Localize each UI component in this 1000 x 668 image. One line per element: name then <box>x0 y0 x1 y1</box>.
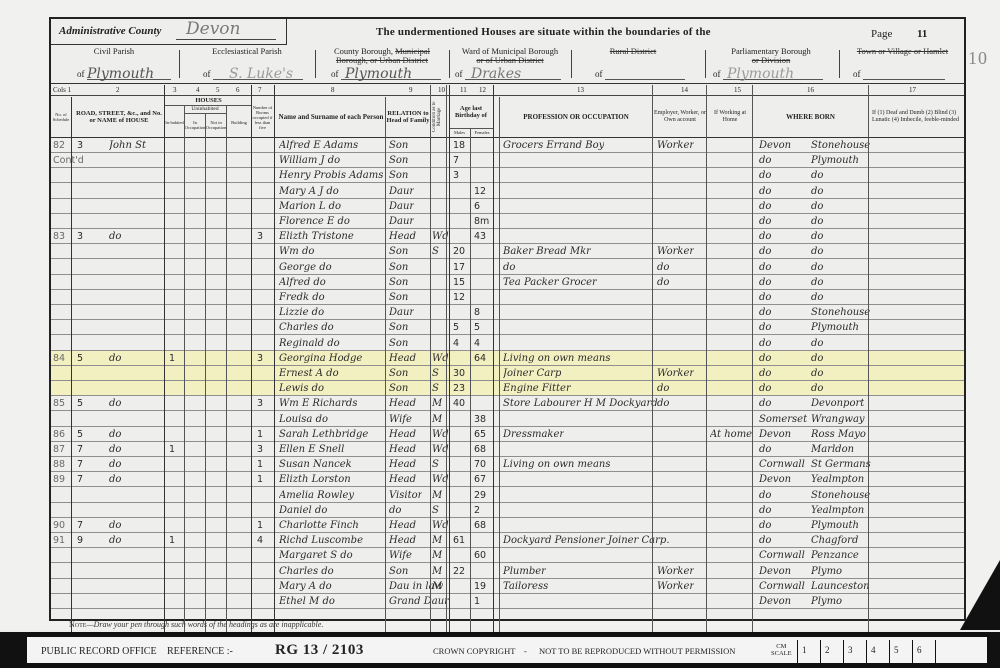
cell-road: do <box>109 396 121 411</box>
cell-born-b: Wrangway <box>811 412 865 427</box>
cell-born-b: do <box>811 351 823 366</box>
cm-label: CM <box>776 643 786 650</box>
cell-born-a: do <box>759 533 771 548</box>
scale-cell <box>935 640 995 664</box>
cell-male: 61 <box>453 533 465 548</box>
cell-female: 64 <box>474 351 486 366</box>
cell-cond: M <box>432 396 442 411</box>
colhead-born: WHERE BORN <box>753 97 868 137</box>
col-divider <box>430 85 431 640</box>
cell-relation: Son <box>389 336 408 351</box>
cell-male: 12 <box>453 290 465 305</box>
table-row: Ethel M doGrand Daur1DevonPlymo <box>51 594 964 609</box>
cell-relation: Son <box>389 290 408 305</box>
cell-relation: Son <box>389 153 408 168</box>
cell-born-b: Devonport <box>811 396 864 411</box>
colhead-rooms: Number of Rooms occupied if less than fi… <box>252 97 273 137</box>
cell-name: Wm do <box>279 244 314 259</box>
cell-inhab: 1 <box>169 351 175 366</box>
cell-born-a: do <box>759 396 771 411</box>
cell-occupation: Dockyard Pensioner Joiner Carp. <box>503 533 670 548</box>
table-row: 919do14Richd LuscombeHeadM61Dockyard Pen… <box>51 533 964 548</box>
cell-road-no: 7 <box>77 457 83 472</box>
cell-relation: Daur <box>389 199 414 214</box>
cell-born-a: do <box>759 214 771 229</box>
table-row: Alfred doSon15Tea Packer Grocerdododo <box>51 275 964 290</box>
cell-name: Florence E do <box>279 214 350 229</box>
colhead-inhabited: In-habited <box>165 107 184 137</box>
cell-born-b: Yealmpton <box>811 472 864 487</box>
archive-footer: PUBLIC RECORD OFFICE REFERENCE :- RG 13 … <box>0 632 1000 668</box>
row-rule <box>51 608 964 609</box>
cell-male: 4 <box>453 336 459 351</box>
cell-schedule: 90 <box>53 518 65 533</box>
cell-male: 15 <box>453 275 465 290</box>
cell-male: 22 <box>453 564 465 579</box>
cell-female: 1 <box>474 594 480 609</box>
cell-relation: Son <box>389 275 408 290</box>
cell-name: Charlotte Finch <box>279 518 359 533</box>
cell-employer: do <box>657 275 669 290</box>
table-row: 845do13Georgina HodgeHeadWd64Living on o… <box>51 351 964 366</box>
cell-name: Sarah Lethbridge <box>279 427 368 442</box>
cell-born-b: do <box>811 168 823 183</box>
cell-road: do <box>109 427 121 442</box>
cell-born-a: Devon <box>759 427 791 442</box>
cell-name: Elizth Lorston <box>279 472 351 487</box>
ward-label-struck: or of Urban District <box>476 55 543 65</box>
town-village-hamlet-underline <box>863 79 945 80</box>
rural-district-label-struck: Rural District <box>610 46 657 56</box>
separator <box>705 50 706 78</box>
cell-relation: Head <box>389 457 416 472</box>
cell-road-no: 5 <box>77 396 83 411</box>
public-record-office: PUBLIC RECORD OFFICE <box>41 646 157 657</box>
ecclesiastical-parish-label: Ecclesiastical Parish <box>181 47 313 56</box>
cell-name: Reginald do <box>279 336 340 351</box>
page-corner-curl <box>960 560 1000 630</box>
col-num: 14 <box>681 86 688 94</box>
cell-rooms: 3 <box>257 229 263 244</box>
cell-name: Amelia Rowley <box>279 488 354 503</box>
page-number: 11 <box>917 28 927 40</box>
cell-occupation: do <box>503 260 515 275</box>
cell-occupation: Living on own means <box>503 457 610 472</box>
cell-female: 5 <box>474 320 480 335</box>
colhead-infirmity: If (1) Deaf and Dumb (2) Blind (3) Lunat… <box>868 97 964 137</box>
cell-name: Alfred E Adams <box>279 138 358 153</box>
cell-road: do <box>109 472 121 487</box>
colhead-occupation: PROFESSION OR OCCUPATION <box>501 97 651 137</box>
cell-born-b: do <box>811 381 823 396</box>
cell-born-a: Somerset <box>759 412 807 427</box>
cell-employer: do <box>657 381 669 396</box>
county-borough-value: Plymouth <box>345 66 412 82</box>
town-village-hamlet-label-struck: Town or Village or Hamlet <box>857 46 948 56</box>
col-divider <box>71 97 72 640</box>
parliamentary-borough-label: Parliamentary Boroughor Division <box>707 47 835 65</box>
cell-born-b: Plymouth <box>811 153 859 168</box>
col-num: 6 <box>236 86 240 94</box>
separator <box>179 50 180 78</box>
cell-female: 6 <box>474 199 480 214</box>
census-form: Administrative County Devon The undermen… <box>49 17 966 621</box>
county-borough: County Borough, MunicipalBorough, or Urb… <box>317 44 447 84</box>
cell-female: 12 <box>474 184 486 199</box>
cell-relation: do <box>389 503 401 518</box>
cell-employer: Worker <box>657 579 694 594</box>
cell-name: Richd Luscombe <box>279 533 363 548</box>
colhead-road: ROAD, STREET, &c., and No. or NAME of HO… <box>73 97 165 137</box>
cell-schedule: 83 <box>53 229 65 244</box>
cell-relation: Daur <box>389 214 414 229</box>
cell-relation: Daur <box>389 184 414 199</box>
cell-born-b: Plymouth <box>811 320 859 335</box>
cell-name: Wm E Richards <box>279 396 357 411</box>
cell-occupation: Living on own means <box>503 351 610 366</box>
col-num: 12 <box>479 86 486 94</box>
colhead-males: Males <box>449 130 470 135</box>
cell-name: Georgina Hodge <box>279 351 362 366</box>
scale-cell: 2 <box>820 640 843 664</box>
cell-relation: Head <box>389 396 416 411</box>
table-row: Mary A doDau in lawM19TailoressWorkerCor… <box>51 579 964 594</box>
cell-relation: Head <box>389 427 416 442</box>
table-row: Cont'dWilliam J doSon7doPlymouth <box>51 153 964 168</box>
colhead-females: Females <box>471 130 493 135</box>
col-divider <box>493 85 494 668</box>
col-divider <box>251 85 252 668</box>
cell-born-a: Devon <box>759 564 791 579</box>
scale-cell: 4 <box>866 640 889 664</box>
col-num: 9 <box>409 86 413 94</box>
ward-value: Drakes <box>471 66 521 82</box>
cell-inhab: 1 <box>169 533 175 548</box>
cell-born-b: Chagford <box>811 533 858 548</box>
cell-name: Ernest A do <box>279 366 339 381</box>
cell-relation: Head <box>389 229 416 244</box>
table-row: Reginald doSon44dodo <box>51 336 964 351</box>
separator <box>315 50 316 78</box>
cell-schedule: 86 <box>53 427 65 442</box>
cell-born-b: do <box>811 214 823 229</box>
colhead-name: Name and Surname of each Person <box>276 97 386 137</box>
cell-born-a: do <box>759 442 771 457</box>
cm-scale: 1 2 3 4 5 6 <box>797 640 995 664</box>
cell-road: do <box>109 533 121 548</box>
cell-name: Alfred do <box>279 275 326 290</box>
cell-born-a: do <box>759 229 771 244</box>
col-divider <box>164 85 165 668</box>
cell-born-b: Plymo <box>811 564 842 579</box>
table-row: Marion L doDaur6dodo <box>51 199 964 214</box>
cell-male: 7 <box>453 153 459 168</box>
cell-road-no: 3 <box>77 229 83 244</box>
footnote-prefix: Note <box>69 620 86 629</box>
cell-rooms: 1 <box>257 457 263 472</box>
cell-occupation: Baker Bread Mkr <box>503 244 591 259</box>
cell-schedule: 82 <box>53 138 65 153</box>
cell-road-no: 5 <box>77 351 83 366</box>
cell-cond: M <box>432 564 442 579</box>
cell-born-b: do <box>811 244 823 259</box>
civil-parish: Civil Parish of Plymouth <box>51 44 177 84</box>
table-row: Louisa doWifeM38SomersetWrangway <box>51 412 964 427</box>
cell-relation: Grand Daur <box>389 594 449 609</box>
col-num: 4 <box>196 86 200 94</box>
footnote-text: —Draw your pen through such words of the… <box>86 620 323 629</box>
table-row: Charles doSonM22PlumberWorkerDevonPlymo <box>51 564 964 579</box>
admin-county-underline <box>176 39 276 40</box>
cell-female: 43 <box>474 229 486 244</box>
colhead-condition: Condition as to Marriage <box>431 97 443 137</box>
cell-born-b: Stonehouse <box>811 488 870 503</box>
cell-female: 8m <box>474 214 489 229</box>
cell-road-no: 3 <box>77 138 83 153</box>
table-row: Ernest A doSonS30Joiner CarpWorkerdodo <box>51 366 964 381</box>
cell-employer: Worker <box>657 138 694 153</box>
not-reproduce-notice: NOT TO BE REPRODUCED WITHOUT PERMISSION <box>539 646 735 656</box>
table-row: Mary A J doDaur12dodo <box>51 184 964 199</box>
cell-born-b: do <box>811 275 823 290</box>
cell-born-a: do <box>759 488 771 503</box>
cell-name: Elizth Tristone <box>279 229 354 244</box>
cell-name: Ethel M do <box>279 594 335 609</box>
cell-born-a: do <box>759 503 771 518</box>
colhead-relation: RELATION to Head of Family <box>385 97 431 137</box>
cell-born-a: do <box>759 305 771 320</box>
cell-born-b: Ross Mayo <box>811 427 866 442</box>
table-row: 897do1Elizth LorstonHeadWd67DevonYealmpt… <box>51 472 964 487</box>
cell-born-b: Yealmpton <box>811 503 864 518</box>
side-page-number: 10 <box>968 48 988 69</box>
cell-name: Mary A J do <box>279 184 339 199</box>
cell-occupation: Plumber <box>503 564 546 579</box>
separator <box>839 50 840 78</box>
cell-name: Marion L do <box>279 199 341 214</box>
scale-cell: 5 <box>889 640 912 664</box>
cell-female: 70 <box>474 457 486 472</box>
cell-road-no: 9 <box>77 533 83 548</box>
cell-born-b: do <box>811 260 823 275</box>
cell-occupation: Store Labourer H M Dockyard <box>503 396 658 411</box>
cell-road-no: 5 <box>77 427 83 442</box>
table-row: 877do13Ellen E SnellHeadWd68doMarldon <box>51 442 964 457</box>
cell-female: 8 <box>474 305 480 320</box>
cell-cond: M <box>432 488 442 503</box>
cell-occupation: Tea Packer Grocer <box>503 275 597 290</box>
cell-name: Lizzie do <box>279 305 324 320</box>
cell-born-b: do <box>811 184 823 199</box>
col-divider <box>449 85 450 668</box>
jurisdictions-row: Civil Parish of Plymouth Ecclesiastical … <box>51 44 964 84</box>
table-row: Lizzie doDaur8doStonehouse <box>51 305 964 320</box>
cell-relation: Son <box>389 381 408 396</box>
cell-rooms: 3 <box>257 396 263 411</box>
separator <box>571 50 572 78</box>
col-num: 8 <box>331 86 335 94</box>
cell-road: do <box>109 442 121 457</box>
col-divider <box>499 97 500 640</box>
cell-born-a: do <box>759 518 771 533</box>
rural-district: Rural District of <box>573 44 693 84</box>
col-num: 11 <box>460 86 467 94</box>
cell-cond: S <box>432 457 439 472</box>
cell-born-b: do <box>811 199 823 214</box>
cell-relation: Son <box>389 366 408 381</box>
cell-cond: M <box>432 412 442 427</box>
cell-rooms: 1 <box>257 427 263 442</box>
cell-employer: Worker <box>657 564 694 579</box>
cell-relation: Son <box>389 564 408 579</box>
cell-born-b: St Germans <box>811 457 871 472</box>
cell-female: 65 <box>474 427 486 442</box>
cell-female: 38 <box>474 412 486 427</box>
cm-scale-label: CMSCALE <box>771 643 792 657</box>
cell-cond: S <box>432 503 439 518</box>
col-divider <box>652 85 653 640</box>
cell-born-a: do <box>759 199 771 214</box>
rural-district-of: of <box>595 69 603 79</box>
cell-road: do <box>109 351 121 366</box>
cell-name: Henry Probis Adams <box>279 168 383 183</box>
cell-relation: Daur <box>389 305 414 320</box>
table-row: Charles doSon55doPlymouth <box>51 320 964 335</box>
col-divider <box>274 85 275 668</box>
cell-occupation: Dressmaker <box>503 427 564 442</box>
cell-name: Daniel do <box>279 503 327 518</box>
cell-male: 18 <box>453 138 465 153</box>
cell-relation: Head <box>389 518 416 533</box>
col-divider <box>752 85 753 640</box>
cell-name: Margaret S do <box>279 548 353 563</box>
cell-female: 68 <box>474 518 486 533</box>
col-num: Cols 1 <box>53 86 71 94</box>
cell-occupation: Tailoress <box>503 579 548 594</box>
cell-born-a: do <box>759 244 771 259</box>
scale-cell: 6 <box>912 640 935 664</box>
cell-name: William J do <box>279 153 340 168</box>
colhead-uninhabited: Uninhabited <box>184 106 226 112</box>
county-borough-label: County Borough, MunicipalBorough, or Urb… <box>317 47 447 65</box>
col-num: 16 <box>807 86 814 94</box>
cell-schedule: Cont'd <box>53 153 84 168</box>
parliamentary-borough-value: Plymouth <box>727 66 794 82</box>
cell-schedule: 89 <box>53 472 65 487</box>
cell-born-a: do <box>759 366 771 381</box>
reference-number: RG 13 / 2103 <box>275 642 364 659</box>
cell-born-a: Cornwall <box>759 579 805 594</box>
civil-parish-label: Civil Parish <box>51 47 177 56</box>
cell-male: 5 <box>453 320 459 335</box>
cell-born-b: do <box>811 290 823 305</box>
town-village-hamlet: Town or Village or Hamlet of <box>841 44 964 84</box>
cell-female: 19 <box>474 579 486 594</box>
cell-road: do <box>109 457 121 472</box>
cell-born-a: do <box>759 153 771 168</box>
cell-relation: Son <box>389 244 408 259</box>
table-row: 833do3Elizth TristoneHeadWd43dodo <box>51 229 964 244</box>
cell-male: 40 <box>453 396 465 411</box>
cell-born-b: Marldon <box>811 442 854 457</box>
cell-schedule: 84 <box>53 351 65 366</box>
cell-female: 4 <box>474 336 480 351</box>
colhead-houses: HOUSES <box>165 97 252 104</box>
cell-born-b: Stonehouse <box>811 305 870 320</box>
cell-cond: M <box>432 533 442 548</box>
cell-relation: Visitor <box>389 488 422 503</box>
cell-home: At home <box>710 427 752 442</box>
table-row: Lewis doSonS23Engine Fitterdododo <box>51 381 964 396</box>
cell-born-b: do <box>811 336 823 351</box>
cell-relation: Head <box>389 472 416 487</box>
cell-relation: Wife <box>389 412 412 427</box>
county-borough-label-struck-2: Borough, or Urban District <box>336 55 428 65</box>
colhead-age: Age last Birthday of <box>449 97 493 127</box>
cell-cond: M <box>432 579 442 594</box>
boundaries-text: The undermentioned Houses are situate wi… <box>376 26 711 38</box>
cell-male: 17 <box>453 260 465 275</box>
cell-employer: Worker <box>657 366 694 381</box>
cell-schedule: 85 <box>53 396 65 411</box>
cell-cond: M <box>432 548 442 563</box>
cell-born-a: do <box>759 168 771 183</box>
table-row: Henry Probis AdamsSon3dodo <box>51 168 964 183</box>
rural-district-label: Rural District <box>573 47 693 56</box>
cell-cond: S <box>432 244 439 259</box>
cell-born-b: Stonehouse <box>811 138 870 153</box>
cell-name: Charles do <box>279 320 334 335</box>
parliamentary-borough-of: of <box>713 69 721 79</box>
table-row: 865do1Sarah LethbridgeHeadWd65Dressmaker… <box>51 427 964 442</box>
form-header-top: Administrative County Devon The undermen… <box>51 19 964 44</box>
ecclesiastical-parish-value: S. Luke's <box>229 66 293 82</box>
cell-relation: Son <box>389 260 408 275</box>
cell-road-no: 7 <box>77 518 83 533</box>
rural-district-underline <box>605 79 685 80</box>
cell-occupation: Joiner Carp <box>503 366 561 381</box>
cell-rooms: 1 <box>257 518 263 533</box>
cell-cond: S <box>432 381 439 396</box>
cell-name: Fredk do <box>279 290 325 305</box>
table-row: George doSon17dodododo <box>51 260 964 275</box>
houses-divider <box>165 105 252 106</box>
table-row: 887do1Susan NancekHeadS70Living on own m… <box>51 457 964 472</box>
col-num: 17 <box>909 86 916 94</box>
county-borough-of: of <box>331 69 339 79</box>
cell-relation: Head <box>389 442 416 457</box>
cell-born-b: do <box>811 229 823 244</box>
crown-copyright: CROWN COPYRIGHT <box>433 646 515 656</box>
cell-rooms: 3 <box>257 442 263 457</box>
col-divider <box>205 113 206 668</box>
cell-born-a: do <box>759 351 771 366</box>
col-divider <box>446 85 447 640</box>
cell-road: do <box>109 229 121 244</box>
admin-county-value: Devon <box>186 19 240 39</box>
cell-born-a: Devon <box>759 138 791 153</box>
cell-male: 23 <box>453 381 465 396</box>
cell-schedule: 87 <box>53 442 65 457</box>
footnote: Note—Draw your pen through such words of… <box>69 620 323 629</box>
cell-born-a: Cornwall <box>759 457 805 472</box>
cell-relation: Head <box>389 533 416 548</box>
ecclesiastical-parish-of: of <box>203 69 211 79</box>
parliamentary-borough-label-struck: or Division <box>752 55 791 65</box>
ward-label: Ward of Municipal Boroughor of Urban Dis… <box>451 47 569 65</box>
cell-road: John St <box>109 138 146 153</box>
cell-rooms: 3 <box>257 351 263 366</box>
